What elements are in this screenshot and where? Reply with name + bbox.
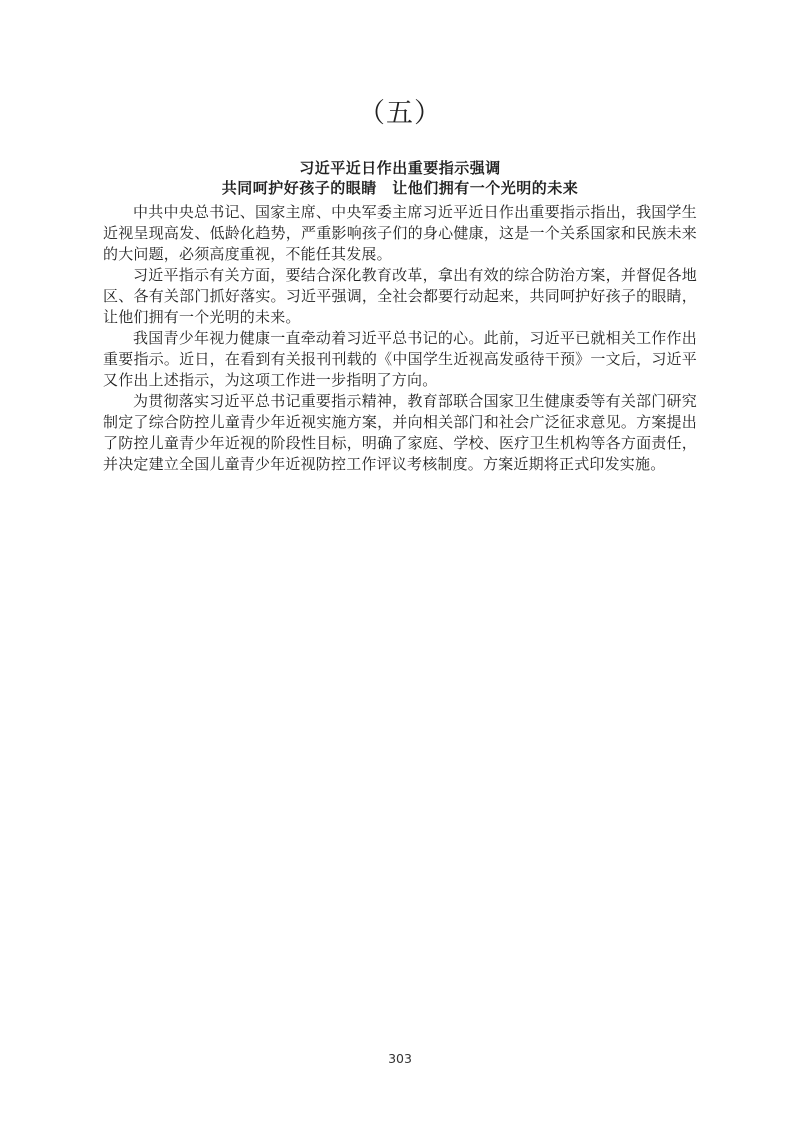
paragraph-1: 中共中央总书记、国家主席、中央军委主席习近平近日作出重要指示指出，我国学生近视呈… <box>103 202 697 265</box>
headline-line-1: 习近平近日作出重要指示强调 <box>103 158 697 178</box>
paragraph-2: 习近平指示有关方面，要结合深化教育改革，拿出有效的综合防治方案，并督促各地区、各… <box>103 265 697 328</box>
document-page: （五） 习近平近日作出重要指示强调 共同呵护好孩子的眼睛 让他们拥有一个光明的未… <box>0 0 800 1133</box>
paragraph-4: 为贯彻落实习近平总书记重要指示精神，教育部联合国家卫生健康委等有关部门研究制定了… <box>103 391 697 475</box>
article-body: 中共中央总书记、国家主席、中央军委主席习近平近日作出重要指示指出，我国学生近视呈… <box>103 202 697 475</box>
headline-line-2: 共同呵护好孩子的眼睛 让他们拥有一个光明的未来 <box>103 178 697 198</box>
paragraph-3: 我国青少年视力健康一直牵动着习近平总书记的心。此前，习近平已就相关工作作出重要指… <box>103 328 697 391</box>
section-title: （五） <box>103 96 697 132</box>
page-number: 303 <box>0 1051 800 1066</box>
headline: 习近平近日作出重要指示强调 共同呵护好孩子的眼睛 让他们拥有一个光明的未来 <box>103 158 697 198</box>
